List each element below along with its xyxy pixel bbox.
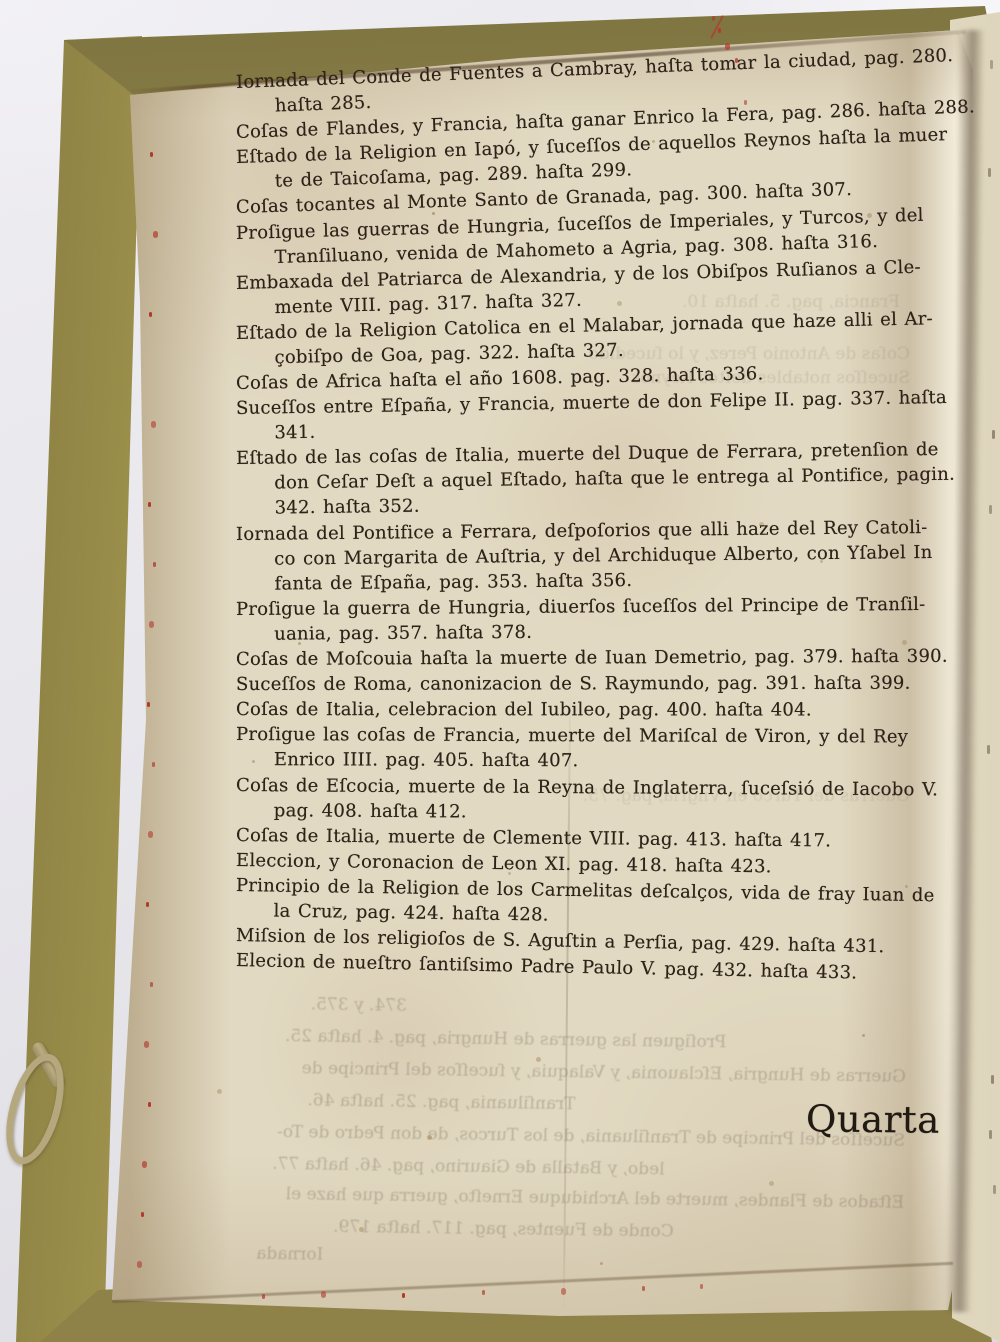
showthrough-line: ledo, y Batalla de Giaurino, pag. 46. ha… bbox=[244, 1154, 664, 1180]
toc-entry: Iornada del Pontifice a Ferrara, deſpoſo… bbox=[236, 515, 927, 597]
toc-line: Suceſſos de Roma, canonizacion de S. Ray… bbox=[236, 671, 926, 697]
toc-line: Coſas de Italia, celebracion del Iubileo… bbox=[236, 697, 926, 723]
toc-line: Coſas de Eſcocia, muerte de la Reyna de … bbox=[236, 773, 926, 802]
showthrough-line: Proſiguen las guerras de Hungria, pag. 4… bbox=[256, 1026, 726, 1053]
toc-entry: Proſigue la guerra de Hungria, diuerſos … bbox=[236, 592, 926, 647]
catchword: Quarta bbox=[806, 1097, 940, 1141]
showthrough-line: 374. y 375. bbox=[247, 994, 407, 1016]
toc-line: Proſigue las coſas de Francia, muerte de… bbox=[236, 722, 926, 750]
photo-of-book-page: { "photo": { "background_color": "#e9e8e… bbox=[0, 0, 1000, 1342]
toc-entry: Eſtado de las coſas de Italia, muerte de… bbox=[236, 437, 927, 521]
showthrough-line: Guerras de Hungria, Eſclauonia, y Valaqu… bbox=[216, 1057, 906, 1087]
red-edge-speckles bbox=[0, 0, 3, 5]
toc-line: Proſigue la guerra de Hungria, diuerſos … bbox=[236, 592, 926, 622]
showthrough-line: Suceſſos del Principe de Tranſiluania, d… bbox=[215, 1121, 905, 1151]
toc-line: Coſas de Moſcouia haſta la muerte de Iua… bbox=[236, 644, 926, 672]
toc-entry: Proſigue las coſas de Francia, muerte de… bbox=[236, 722, 926, 775]
toc-entry: Suceſſos entre Eſpaña, y Francia, muerte… bbox=[236, 386, 927, 447]
toc-line: Enrico IIII. pag. 405. haſta 407. bbox=[236, 748, 926, 776]
showthrough-line: Iornada bbox=[213, 1243, 323, 1265]
toc-entry: Coſas de Italia, celebracion del Iubileo… bbox=[236, 697, 926, 723]
showthrough-lower: 374. y 375.Proſiguen las guerras de Hung… bbox=[213, 993, 907, 1283]
showthrough-line: Conde de Fuentes, pag. 117. haſta 179. bbox=[234, 1215, 674, 1241]
toc-line: pag. 408. haſta 412. bbox=[236, 798, 926, 827]
toc-entry: Suceſſos de Roma, canonizacion de S. Ray… bbox=[236, 671, 926, 697]
toc-entries: Iornada del Conde de Fuentes a Cambray, … bbox=[236, 70, 926, 973]
showthrough-line: Tranſiluania, pag. 25. haſta 46. bbox=[245, 1090, 575, 1115]
showthrough-line: Eſtados de Flandes, muerte del Archiduqu… bbox=[214, 1183, 904, 1213]
toc-entry: Coſas de Moſcouia haſta la muerte de Iua… bbox=[236, 644, 926, 672]
toc-entry: Coſas de Eſcocia, muerte de la Reyna de … bbox=[236, 773, 926, 828]
toc-line: uania, pag. 357. haſta 378. bbox=[236, 617, 926, 647]
